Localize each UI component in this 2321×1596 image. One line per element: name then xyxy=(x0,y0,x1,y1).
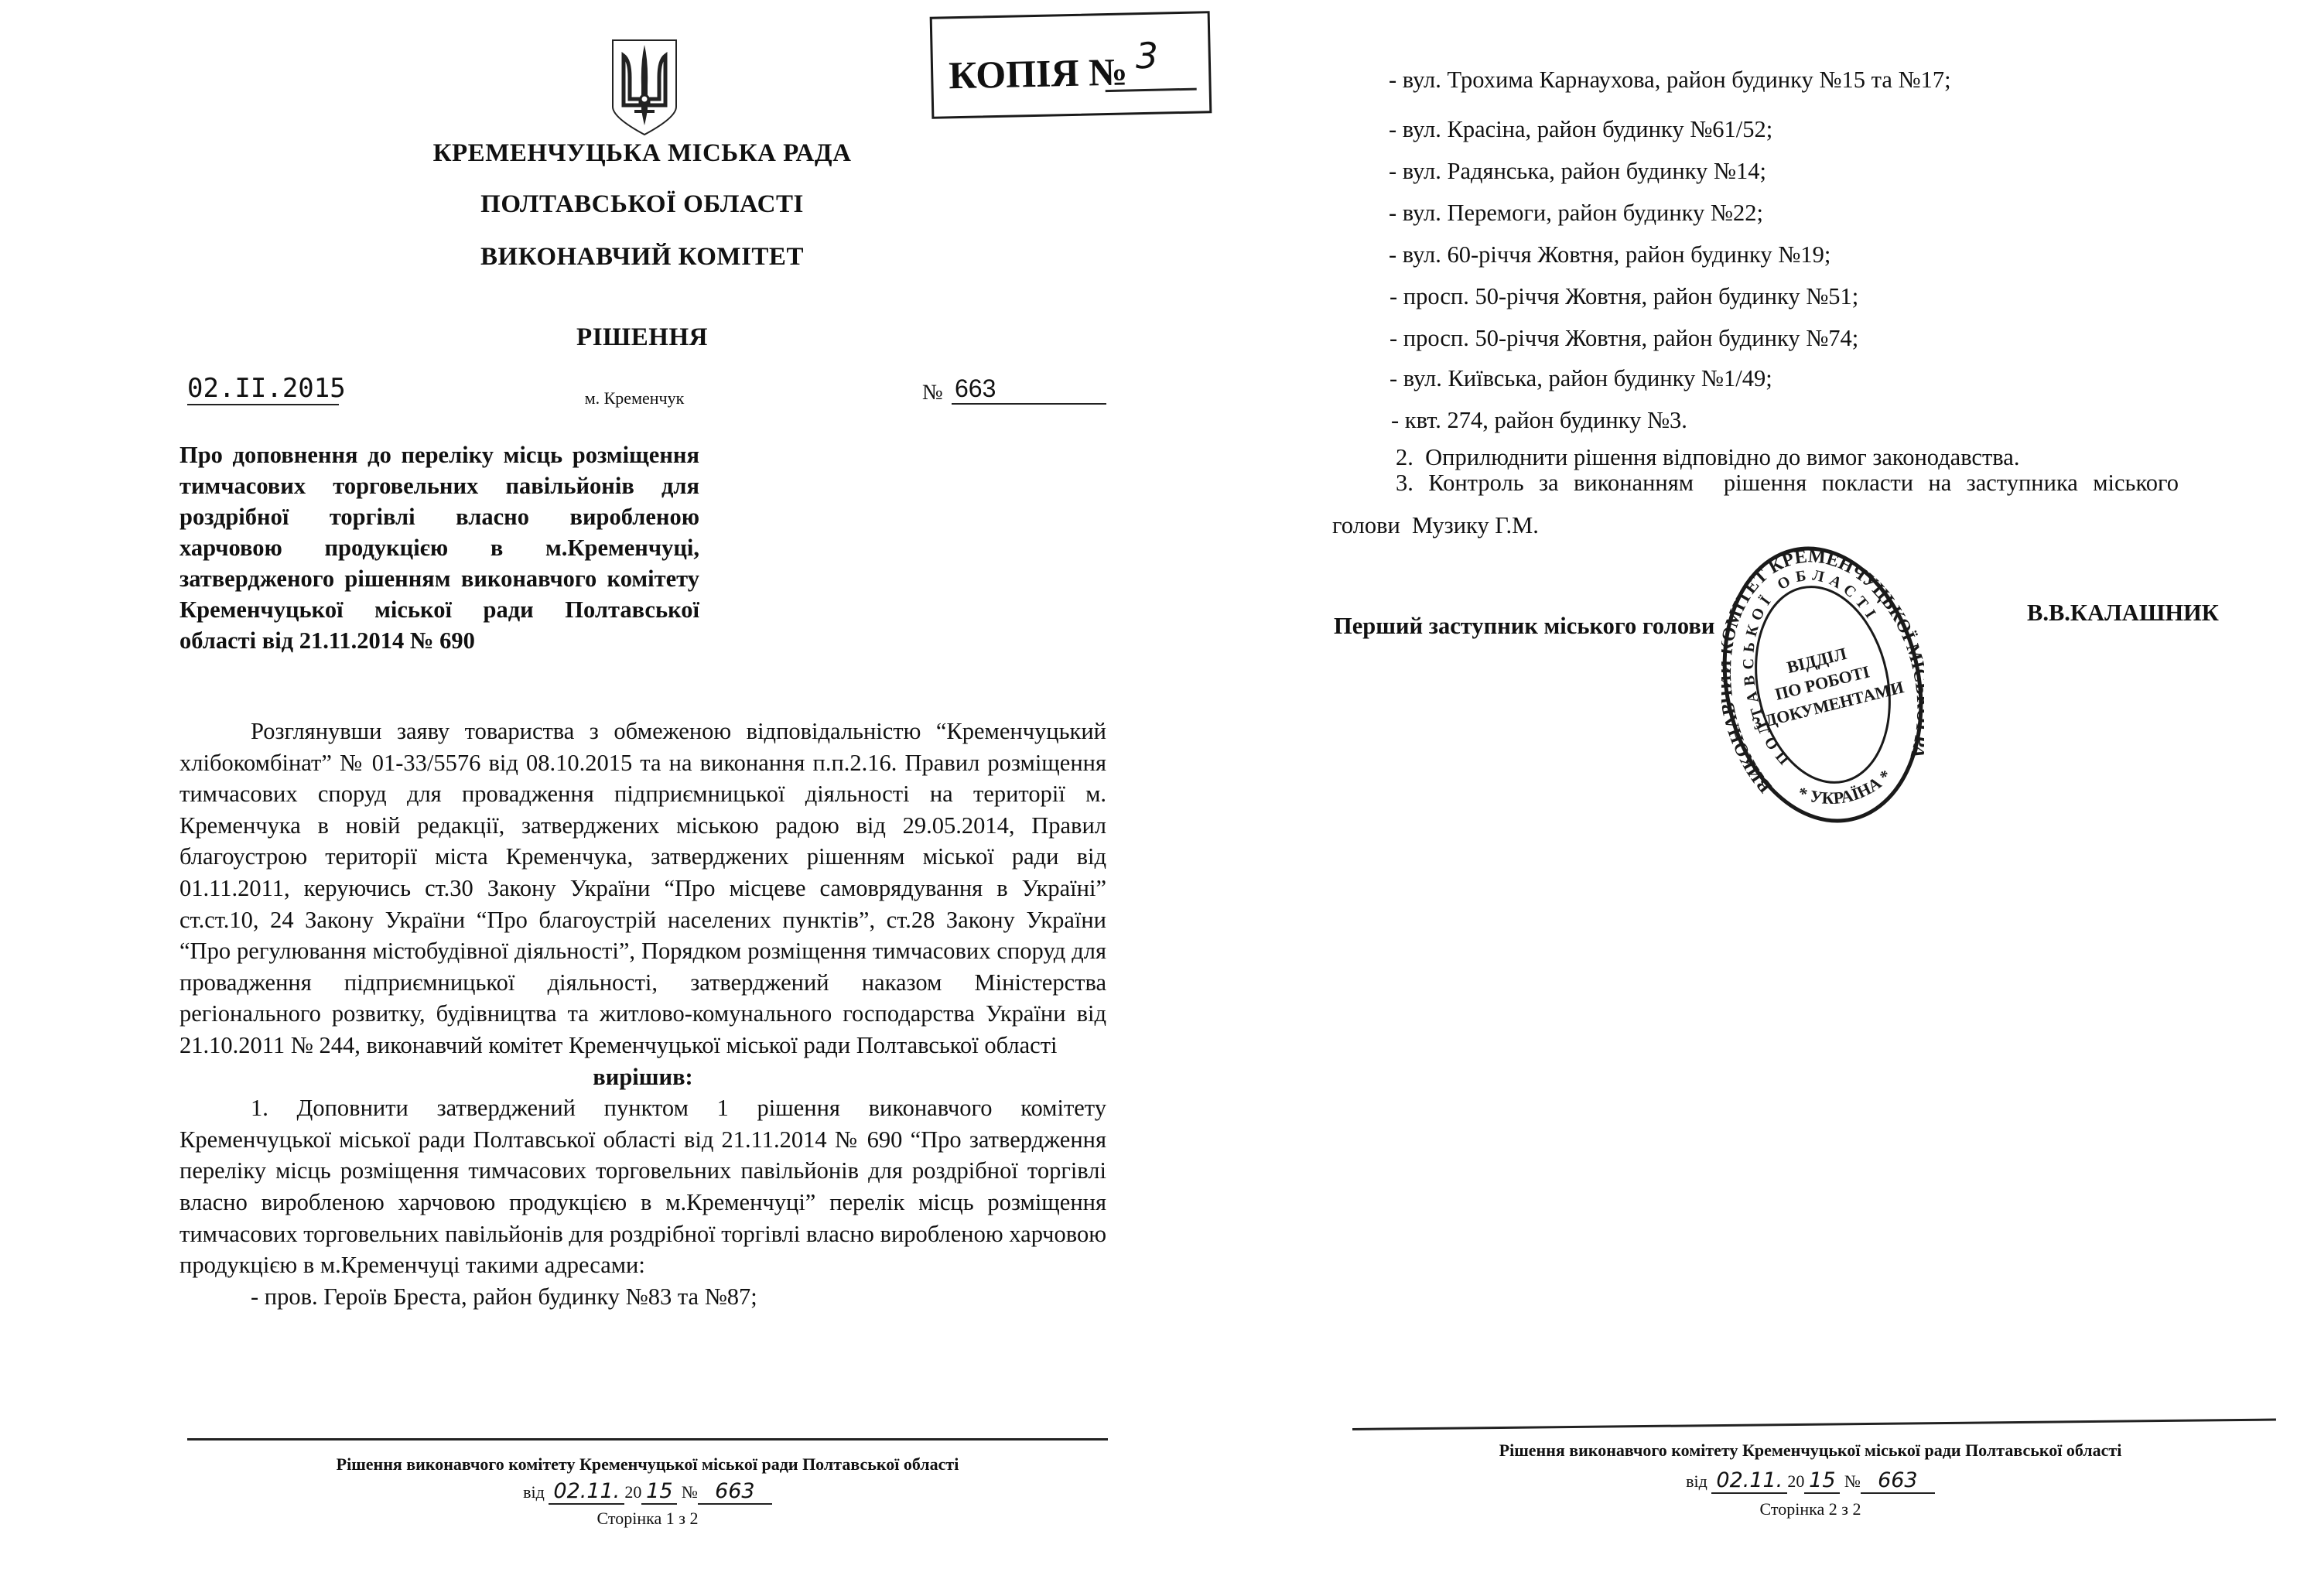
footer-number-label: № xyxy=(682,1482,698,1502)
footer-date-line: від 02.11.2015 №663 xyxy=(187,1479,1108,1505)
footer-page-number: Сторінка 2 з 2 xyxy=(1346,1499,2275,1519)
committee-name: ВИКОНАВЧИЙ КОМІТЕТ xyxy=(255,243,1029,272)
signatory-position: Перший заступник міського голови xyxy=(1334,613,1714,640)
footer-year: 15 xyxy=(1804,1468,1840,1494)
address-item: - вул. Радянська, район будинку №14; xyxy=(1389,158,1766,185)
decision-number-label: № xyxy=(922,381,943,405)
decision-title: Про доповнення до переліку місць розміще… xyxy=(179,439,699,656)
oblast-name: ПОЛТАВСЬКОЇ ОБЛАСТІ xyxy=(255,190,1029,219)
footer-title: Рішення виконавчого комітету Кременчуцьк… xyxy=(1346,1441,2275,1461)
decision-city: м. Кременчук xyxy=(542,388,727,408)
address-item: - просп. 50-річчя Жовтня, район будинку … xyxy=(1390,283,1858,310)
footer-year-prefix: 20 xyxy=(1787,1471,1804,1491)
address-item: - квт. 274, район будинку №3. xyxy=(1391,407,1687,434)
item-3-paragraph: 3. Контроль за виконанням рішення поклас… xyxy=(1396,470,2179,496)
decision-body: Розглянувши заяву товариства з обмеженою… xyxy=(179,716,1106,1312)
footer-year-prefix: 20 xyxy=(624,1482,641,1502)
footer-number-label: № xyxy=(1844,1471,1861,1491)
footer-year: 15 xyxy=(641,1479,677,1505)
footer-date-line: від 02.11.2015 №663 xyxy=(1346,1468,2275,1494)
footer-number: 663 xyxy=(1861,1468,1935,1494)
footer-title: Рішення виконавчого комітету Кременчуцьк… xyxy=(187,1454,1108,1475)
footer-rule xyxy=(1352,1418,2276,1430)
address-item: - пров. Героїв Бреста, район будинку №83… xyxy=(179,1281,1106,1313)
address-item: - вул. Перемоги, район будинку №22; xyxy=(1389,200,1763,227)
document-type: РІШЕННЯ xyxy=(255,323,1029,352)
item-2-paragraph: 2. Оприлюднити рішення відповідно до вим… xyxy=(1396,444,2019,470)
council-name: КРЕМЕНЧУЦЬКА МІСЬКА РАДА xyxy=(255,139,1029,168)
address-item: - вул. Київська, район будинку №1/49; xyxy=(1390,365,1772,392)
footer-number: 663 xyxy=(698,1479,772,1505)
item-1-paragraph: 1. Доповнити затверджений пунктом 1 ріше… xyxy=(179,1092,1106,1281)
svg-text:* УКРАЇНА *: * УКРАЇНА * xyxy=(1793,764,1899,816)
footer-from-label: від xyxy=(523,1482,545,1502)
decision-number: 663 xyxy=(952,374,1106,405)
decision-number-value: 663 xyxy=(955,374,996,402)
address-item: - вул. Трохима Карнаухова, район будинку… xyxy=(1389,67,1951,94)
signatory-name: В.В.КАЛАШНИК xyxy=(2027,600,2219,627)
address-item: - вул. Красіна, район будинку №61/52; xyxy=(1389,116,1772,143)
preamble-paragraph: Розглянувши заяву товариства з обмеженою… xyxy=(179,716,1106,1061)
decision-date: 02.II.2015 xyxy=(187,373,339,405)
footer-date: 02.11. xyxy=(549,1479,624,1505)
coat-of-arms-icon xyxy=(611,39,678,136)
footer-from-label: від xyxy=(1686,1471,1707,1491)
resolved-heading: вирішив: xyxy=(179,1061,1106,1093)
footer-date: 02.11. xyxy=(1711,1468,1787,1494)
address-item: - просп. 50-річчя Жовтня, район будинку … xyxy=(1390,325,1858,352)
page-1: КРЕМЕНЧУЦЬКА МІСЬКА РАДА ПОЛТАВСЬКОЇ ОБЛ… xyxy=(0,0,1160,1596)
footer-rule xyxy=(187,1438,1108,1441)
footer-page-number: Сторінка 1 з 2 xyxy=(187,1509,1108,1529)
page-2: - вул. Трохима Карнаухова, район будинку… xyxy=(1160,0,2321,1596)
official-seal-icon: ВИКОНАВЧИЙ КОМІТЕТ КРЕМЕНЧУЦЬКОЇ МІСЬКОЇ… xyxy=(1721,542,1924,828)
item-3-continuation: голови Музику Г.М. xyxy=(1332,512,1539,538)
address-item: - вул. 60-річчя Жовтня, район будинку №1… xyxy=(1389,241,1830,268)
